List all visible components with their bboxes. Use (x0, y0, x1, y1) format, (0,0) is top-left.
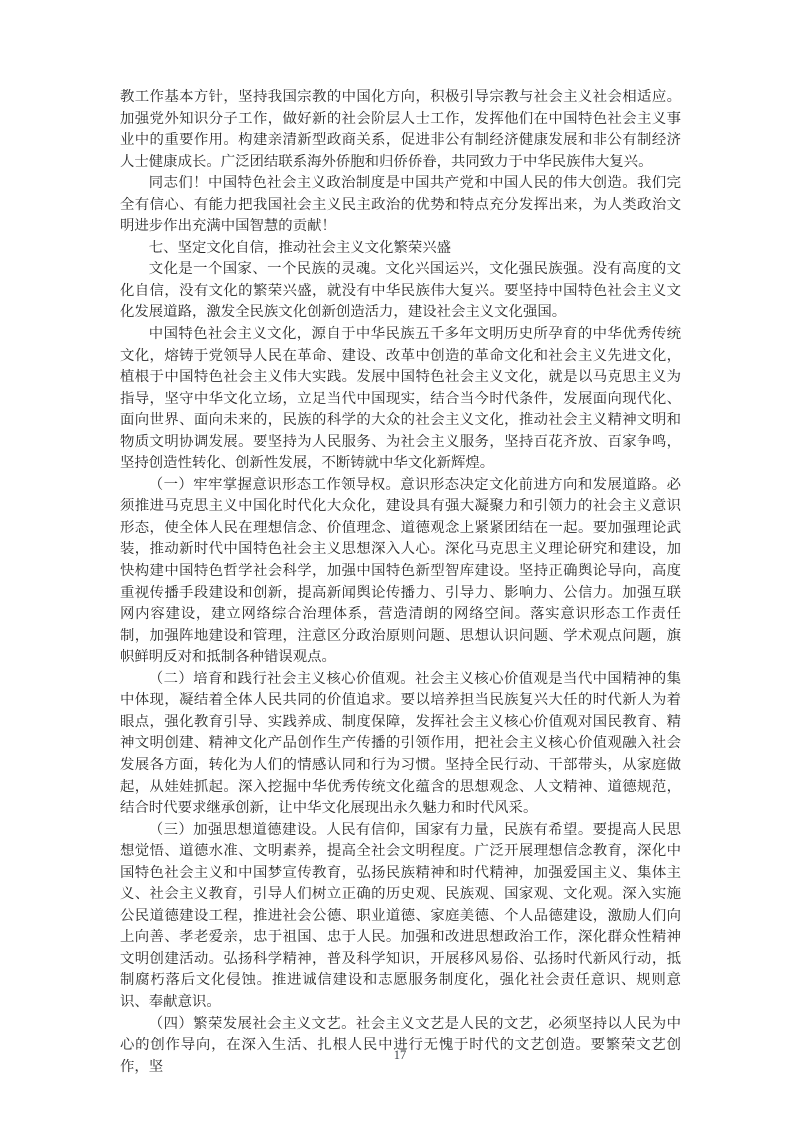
paragraph: （三）加强思想道德建设。人民有信仰，国家有力量，民族有希望。要提高人民思想觉悟、… (120, 820, 681, 1014)
paragraph: 同志们！中国特色社会主义政治制度是中国共产党和中国人民的伟大创造。我们完全有信心… (120, 173, 681, 238)
paragraph: 教工作基本方针，坚持我国宗教的中国化方向，积极引导宗教与社会主义社会相适应。加强… (120, 87, 681, 173)
paragraph: （一）牢牢掌握意识形态工作领导权。意识形态决定文化前进方向和发展道路。必须推进马… (120, 475, 681, 669)
document-text-block: 教工作基本方针，坚持我国宗教的中国化方向，积极引导宗教与社会主义社会相适应。加强… (120, 87, 681, 1078)
page-footer: 17 (0, 1046, 800, 1064)
paragraph: 中国特色社会主义文化，源自于中华民族五千多年文明历史所孕育的中华优秀传统文化，熔… (120, 324, 681, 475)
paragraph: （二）培育和践行社会主义核心价值观。社会主义核心价值观是当代中国精神的集中体现，… (120, 669, 681, 820)
section-heading: 七、坚定文化自信，推动社会主义文化繁荣兴盛 (120, 238, 681, 260)
paragraph: 文化是一个国家、一个民族的灵魂。文化兴国运兴，文化强民族强。没有高度的文化自信，… (120, 259, 681, 324)
page-number: 17 (394, 1048, 407, 1062)
document-page: 教工作基本方针，坚持我国宗教的中国化方向，积极引导宗教与社会主义社会相适应。加强… (0, 0, 800, 1133)
